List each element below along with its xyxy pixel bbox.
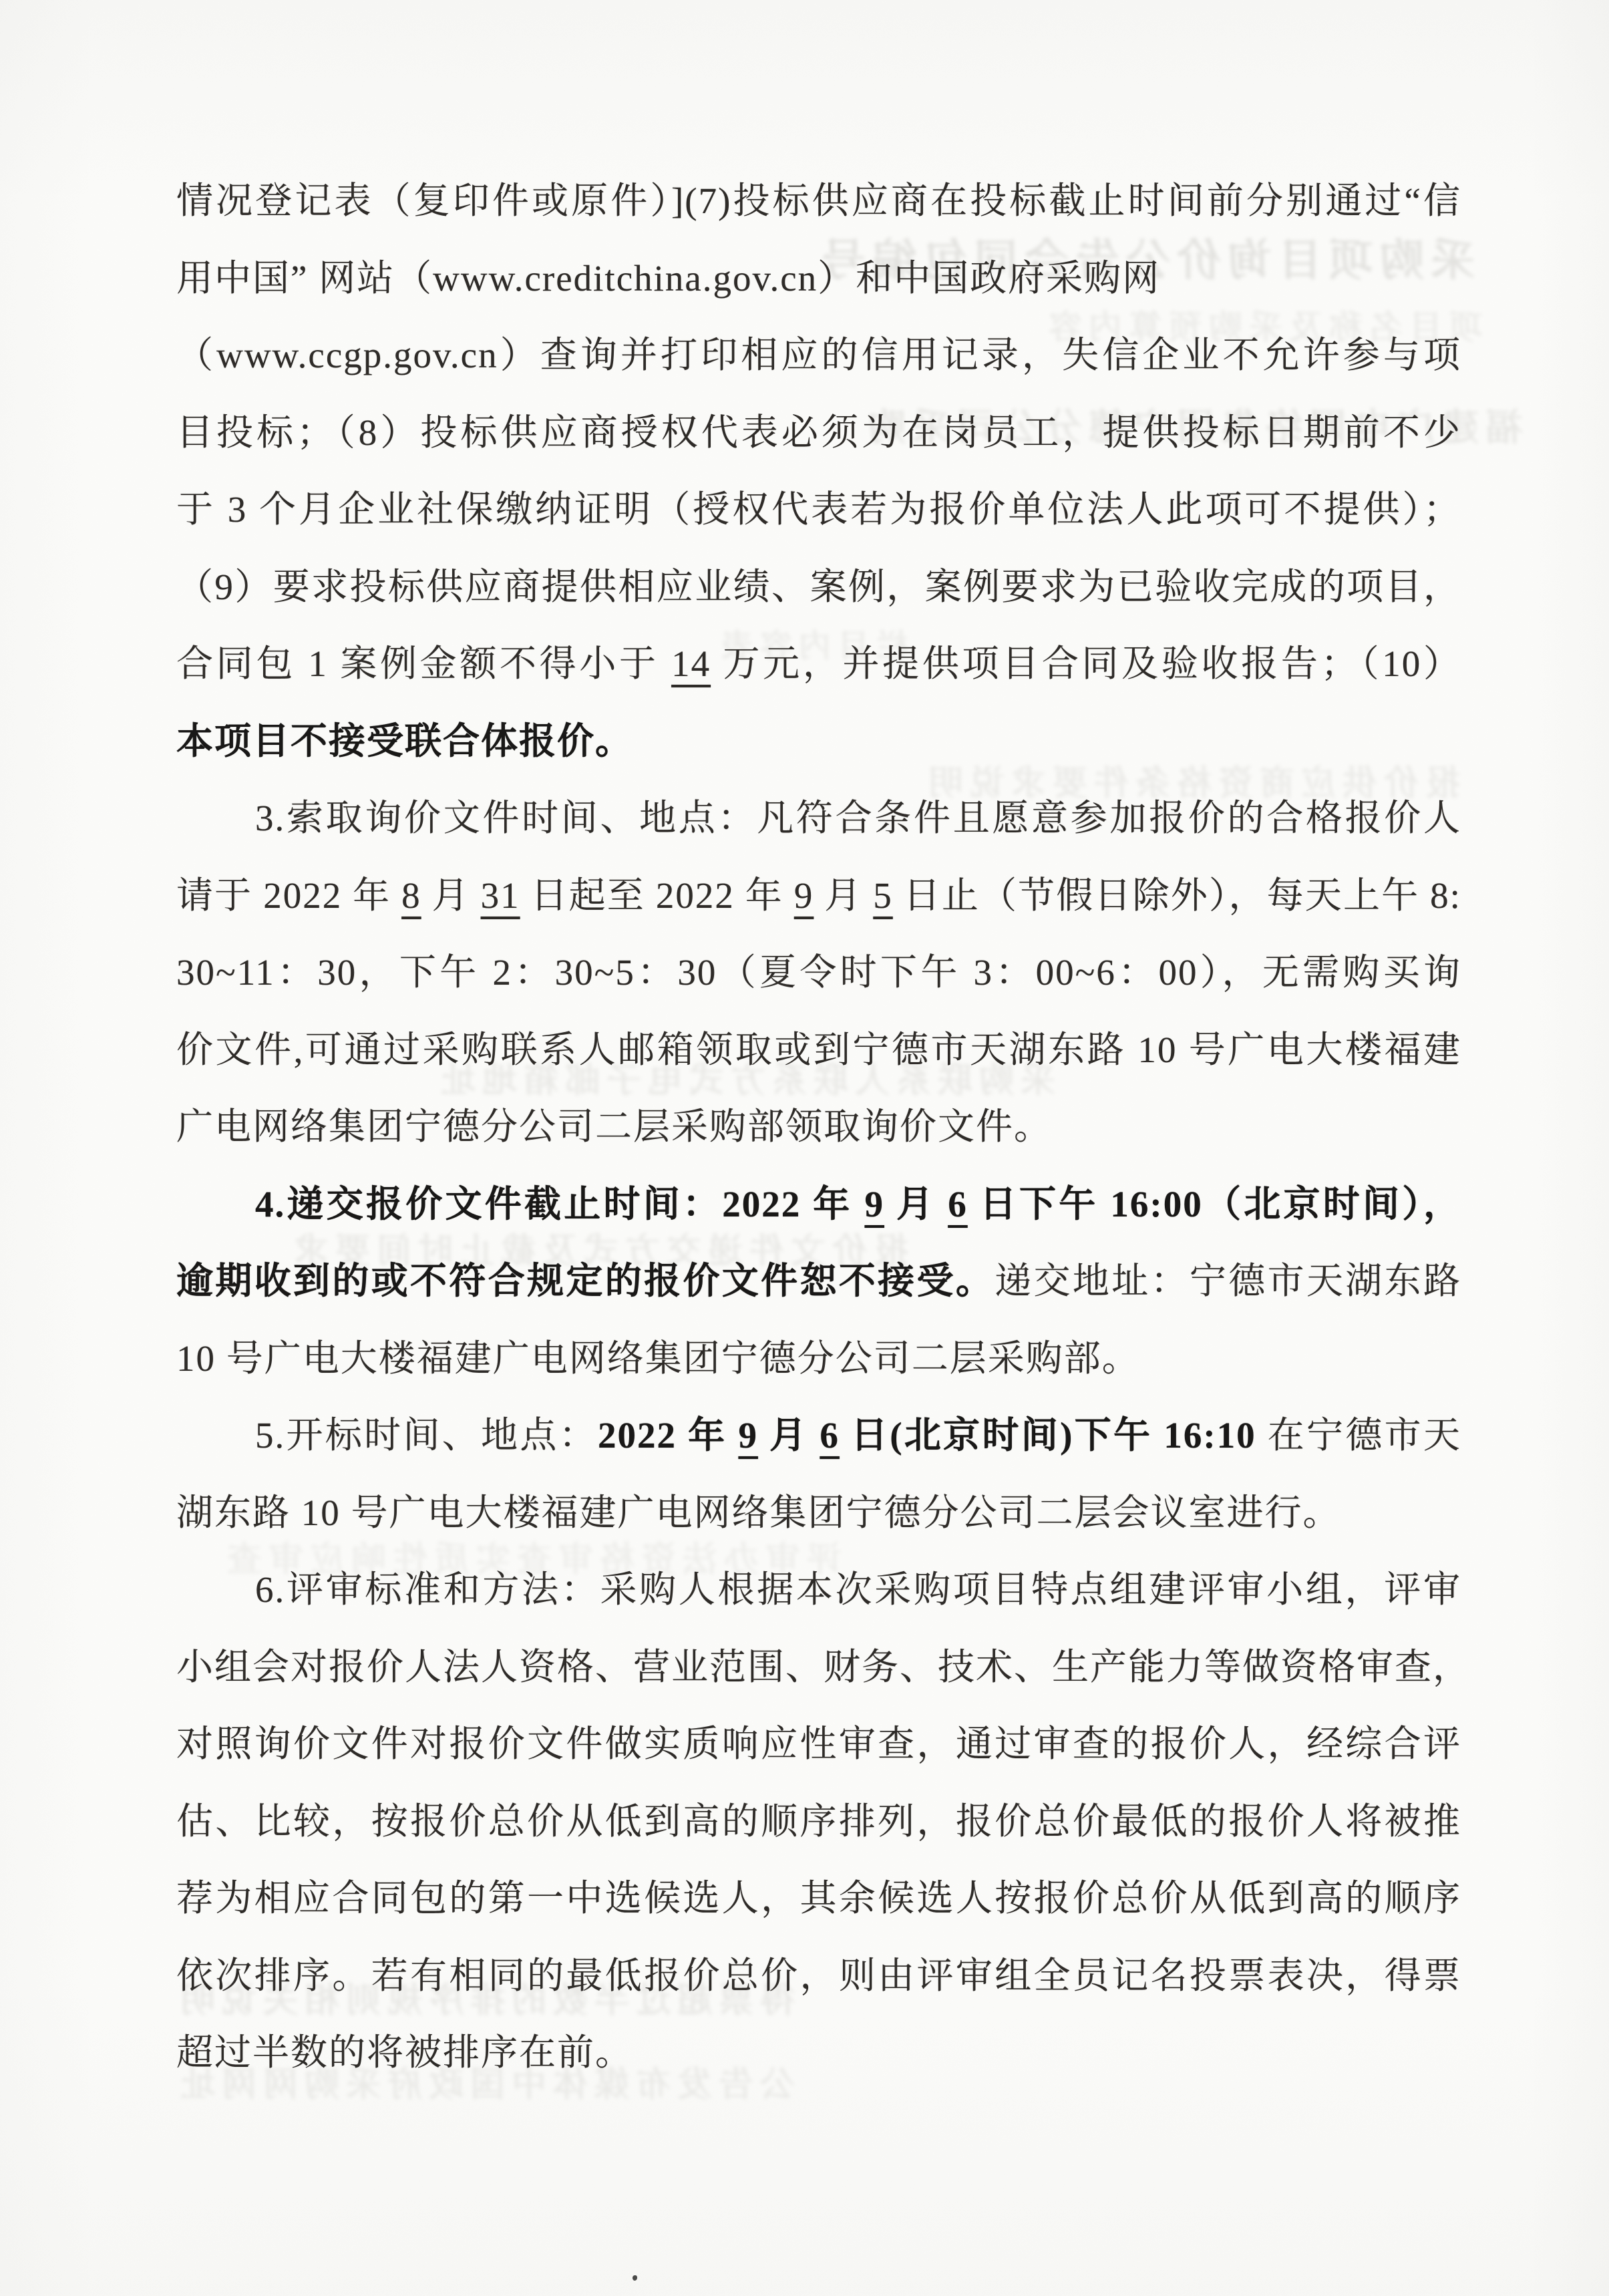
text-segment: 荐为相应合同包的第一中选候选人，其余候选人按报价总价从低到高的顺序 — [176, 1878, 1461, 1919]
text-segment: 目投标；（8）投标供应商授权代表必须为在岗员工，提供投标日期前不少 — [176, 412, 1461, 453]
text-line: 本项目不接受联合体报价。 — [176, 703, 1461, 780]
text-line: 对照询价文件对报价文件做实质响应性审查，通过审查的报价人，经综合评 — [176, 1705, 1461, 1783]
text-line: 于 3 个月企业社保缴纳证明（授权代表若为报价单位法人此项可不提供）； — [176, 471, 1461, 548]
text-segment: 在宁德市天 — [1268, 1415, 1461, 1456]
text-segment: 3.索取询价文件时间、地点：凡符合条件且愿意参加报价的合格报价人 — [255, 798, 1461, 838]
underlined-value: 9 — [864, 1184, 884, 1224]
bold-text-segment: 日下午 16:00（北京时间）， — [968, 1184, 1461, 1224]
text-line: 请于 2022 年 8 月 31 日起至 2022 年 9 月 5 日止（节假日… — [176, 857, 1461, 935]
text-line: 荐为相应合同包的第一中选候选人，其余候选人按报价总价从低到高的顺序 — [176, 1860, 1461, 1937]
document-text-block: 情况登记表（复印件或原件）](7)投标供应商在投标截止时间前分别通过“信用中国”… — [176, 162, 1461, 2092]
text-line: 5.开标时间、地点：2022 年 9 月 6 日(北京时间)下午 16:10 在… — [176, 1397, 1461, 1474]
text-segment: （www.ccgp.gov.cn）查询并打印相应的信用记录，失信企业不允许参与项 — [176, 335, 1461, 375]
text-line: 依次排序。若有相同的最低报价总价，则由评审组全员记名投票表决，得票 — [176, 1937, 1461, 2015]
text-segment: 万元，并提供项目合同及验收报告；（10） — [711, 643, 1461, 684]
text-segment: 对照询价文件对报价文件做实质响应性审查，通过审查的报价人，经综合评 — [176, 1724, 1461, 1764]
text-segment: 估、比较，按报价总价从低到高的顺序排列，报价总价最低的报价人将被推 — [176, 1801, 1461, 1842]
text-segment: 于 3 个月企业社保缴纳证明（授权代表若为报价单位法人此项可不提供）； — [176, 489, 1461, 530]
scan-speck — [633, 2275, 637, 2281]
text-line: 目投标；（8）投标供应商授权代表必须为在岗员工，提供投标日期前不少 — [176, 394, 1461, 472]
underlined-value: 8 — [401, 875, 421, 916]
text-line: 小组会对报价人法人资格、营业范围、财务、技术、生产能力等做资格审查， — [176, 1629, 1461, 1706]
underlined-value: 9 — [794, 875, 814, 916]
text-line: （9）要求投标供应商提供相应业绩、案例，案例要求为已验收完成的项目， — [176, 548, 1461, 626]
bold-text-segment: 逾期收到的或不符合规定的报价文件恕不接受。 — [176, 1261, 995, 1301]
bold-text-segment: 4.递交报价文件截止时间： — [255, 1184, 722, 1224]
text-line: 4.递交报价文件截止时间：2022 年 9 月 6 日下午 16:00（北京时间… — [176, 1166, 1461, 1243]
text-line: 6.评审标准和方法：采购人根据本次采购项目特点组建评审小组，评审 — [176, 1551, 1461, 1629]
text-segment: 6.评审标准和方法：采购人根据本次采购项目特点组建评审小组，评审 — [255, 1569, 1461, 1610]
text-segment: 月 — [814, 875, 873, 916]
bold-text-segment: 2022 年 — [722, 1184, 864, 1224]
text-segment: 日止（节假日除外），每天上午 8: — [893, 875, 1461, 916]
text-segment: 广电网络集团宁德分公司二层采购部领取询价文件。 — [176, 1106, 1052, 1147]
text-line: 3.索取询价文件时间、地点：凡符合条件且愿意参加报价的合格报价人 — [176, 780, 1461, 857]
underlined-value: 14 — [671, 643, 711, 684]
text-segment: 价文件,可通过采购联系人邮箱领取或到宁德市天湖东路 10 号广电大楼福建 — [176, 1029, 1461, 1070]
bold-text-segment: 2022 年 — [598, 1415, 738, 1456]
text-line: 30~11：30，下午 2：30~5：30（夏令时下午 3：00~6：00），无… — [176, 934, 1461, 1011]
text-segment: 日起至 2022 年 — [520, 875, 794, 916]
text-segment: 请于 2022 年 — [176, 875, 401, 916]
underlined-value: 6 — [948, 1184, 968, 1224]
text-segment: 超过半数的将被排序在前。 — [176, 2032, 633, 2073]
text-line: 10 号广电大楼福建广电网络集团宁德分公司二层采购部。 — [176, 1320, 1461, 1398]
text-segment: 小组会对报价人法人资格、营业范围、财务、技术、生产能力等做资格审查， — [176, 1647, 1471, 1687]
bold-text-segment: 本项目不接受联合体报价。 — [176, 721, 633, 762]
text-line: 超过半数的将被排序在前。 — [176, 2014, 1461, 2092]
text-segment: 湖东路 10 号广电大楼福建广电网络集团宁德分公司二层会议室进行。 — [176, 1492, 1341, 1533]
underlined-value: 31 — [481, 875, 520, 916]
text-segment: 月 — [421, 875, 481, 916]
text-segment: 5.开标时间、地点： — [255, 1415, 598, 1456]
text-segment: 递交地址：宁德市天湖东路 — [995, 1261, 1461, 1301]
text-line: 湖东路 10 号广电大楼福建广电网络集团宁德分公司二层会议室进行。 — [176, 1474, 1461, 1552]
text-segment: 10 号广电大楼福建广电网络集团宁德分公司二层采购部。 — [176, 1338, 1140, 1379]
text-segment: （9）要求投标供应商提供相应业绩、案例，案例要求为已验收完成的项目， — [176, 566, 1461, 607]
text-line: （www.ccgp.gov.cn）查询并打印相应的信用记录，失信企业不允许参与项 — [176, 317, 1461, 394]
underlined-value: 5 — [873, 875, 893, 916]
scanned-document-page: 采购项目询价公告合同包编号项目名称及采购预算内容福建广电网络集团宁德分公司采购栏… — [0, 0, 1609, 2296]
text-segment: 合同包 1 案例金额不得小于 — [176, 643, 671, 684]
text-segment: 情况登记表（复印件或原件）](7)投标供应商在投标截止时间前分别通过“信 — [176, 180, 1461, 221]
text-segment: 依次排序。若有相同的最低报价总价，则由评审组全员记名投票表决，得票 — [176, 1955, 1461, 1996]
text-line: 价文件,可通过采购联系人邮箱领取或到宁德市天湖东路 10 号广电大楼福建 — [176, 1011, 1461, 1089]
text-line: 情况登记表（复印件或原件）](7)投标供应商在投标截止时间前分别通过“信 — [176, 162, 1461, 240]
underlined-value: 9 — [738, 1415, 758, 1456]
text-line: 用中国” 网站（www.creditchina.gov.cn）和中国政府采购网 — [176, 240, 1461, 317]
text-line: 合同包 1 案例金额不得小于 14 万元，并提供项目合同及验收报告；（10） — [176, 625, 1461, 703]
bold-text-segment: 月 — [884, 1184, 948, 1224]
text-line: 逾期收到的或不符合规定的报价文件恕不接受。递交地址：宁德市天湖东路 — [176, 1243, 1461, 1320]
text-line: 估、比较，按报价总价从低到高的顺序排列，报价总价最低的报价人将被推 — [176, 1783, 1461, 1860]
bold-text-segment: 月 — [758, 1415, 820, 1456]
underlined-value: 6 — [820, 1415, 840, 1456]
bold-text-segment: 日(北京时间)下午 16:10 — [840, 1415, 1268, 1456]
text-line: 广电网络集团宁德分公司二层采购部领取询价文件。 — [176, 1088, 1461, 1166]
text-segment: 30~11：30，下午 2：30~5：30（夏令时下午 3：00~6：00），无… — [176, 952, 1461, 993]
text-segment: 用中国” 网站（www.creditchina.gov.cn）和中国政府采购网 — [176, 258, 1160, 299]
